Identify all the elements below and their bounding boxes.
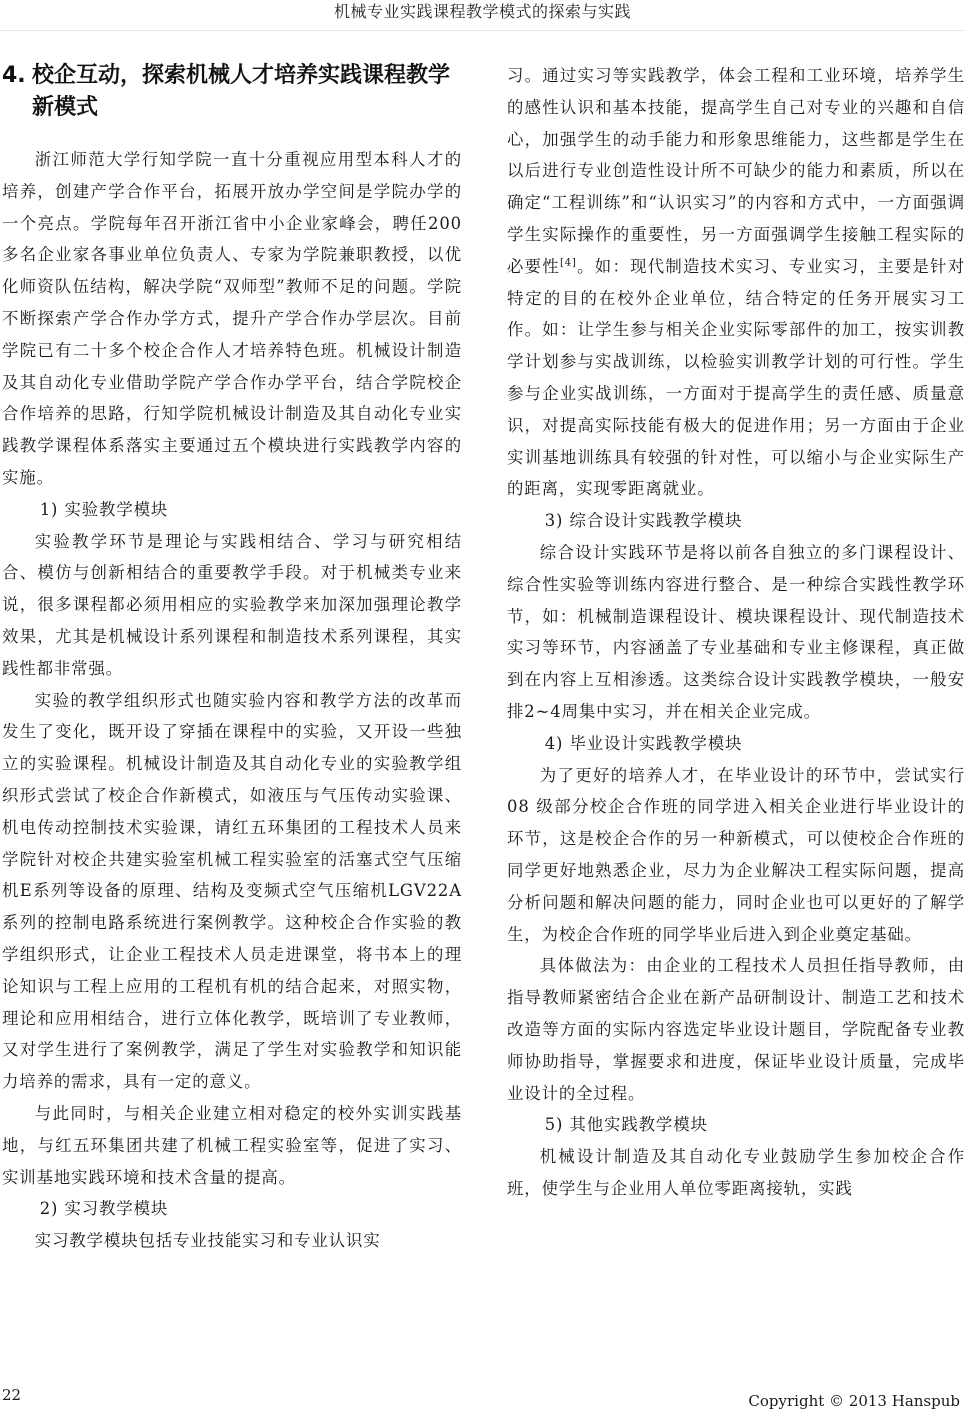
copyright-notice: Copyright © 2013 Hanspub: [748, 1392, 960, 1410]
module-1-heading: 1) 实验教学模块: [2, 494, 462, 526]
module-3-paragraph: 综合设计实践环节是将以前各自独立的多门课程设计、综合性实验等训练内容进行整合、是…: [507, 537, 965, 728]
module-2-paragraph-continued: 习。通过实习等实践教学，体会工程和工业环境，培养学生的感性认识和基本技能，提高学…: [507, 60, 965, 505]
module-3-heading: 3) 综合设计实践教学模块: [507, 505, 965, 537]
module-5-paragraph-start: 机械设计制造及其自动化专业鼓励学生参加校企合作班，使学生与企业用人单位零距离接轨…: [507, 1141, 965, 1205]
intro-paragraph: 浙江师范大学行知学院一直十分重视应用型本科人才的培养，创建产学合作平台，拓展开放…: [2, 144, 462, 494]
section-heading: 4.校企互动，探索机械人才培养实践课程教学新模式: [2, 60, 462, 124]
module-5-heading: 5) 其他实践教学模块: [507, 1109, 965, 1141]
module-4-paragraph-2: 具体做法为：由企业的工程技术人员担任指导教师，由指导教师紧密结合企业在新产品研制…: [507, 950, 965, 1109]
citation-ref[interactable]: [4]: [560, 257, 577, 268]
left-column: 4.校企互动，探索机械人才培养实践课程教学新模式 浙江师范大学行知学院一直十分重…: [2, 56, 462, 1257]
module-1-paragraph-3: 与此同时，与相关企业建立相对稳定的校外实训实践基地，与红五环集团共建了机械工程实…: [2, 1098, 462, 1193]
page-number: 22: [2, 1386, 21, 1404]
module-2-text-b: 。如：现代制造技术实习、专业实习，主要是针对特定的目的在校外企业单位，结合特定的…: [507, 257, 965, 499]
module-1-paragraph-2: 实验的教学组织形式也随实验内容和教学方法的改革而发生了变化，既开设了穿插在课程中…: [2, 685, 462, 1098]
module-4-heading: 4) 毕业设计实践教学模块: [507, 728, 965, 760]
running-header: 机械专业实践课程教学模式的探索与实践: [0, 0, 965, 31]
module-1-paragraph-1: 实验教学环节是理论与实践相结合、学习与研究相结合、模仿与创新相结合的重要教学手段…: [2, 526, 462, 685]
section-number: 4.: [2, 60, 32, 92]
module-2-text-a: 习。通过实习等实践教学，体会工程和工业环境，培养学生的感性认识和基本技能，提高学…: [507, 66, 965, 276]
module-2-paragraph-start: 实习教学模块包括专业技能实习和专业认识实: [2, 1225, 462, 1257]
module-4-paragraph-1: 为了更好的培养人才，在毕业设计的环节中，尝试实行 08 级部分校企合作班的同学进…: [507, 760, 965, 951]
section-title: 校企互动，探索机械人才培养实践课程教学新模式: [32, 63, 450, 120]
right-column: 习。通过实习等实践教学，体会工程和工业环境，培养学生的感性认识和基本技能，提高学…: [507, 60, 965, 1205]
module-2-heading: 2) 实习教学模块: [2, 1193, 462, 1225]
